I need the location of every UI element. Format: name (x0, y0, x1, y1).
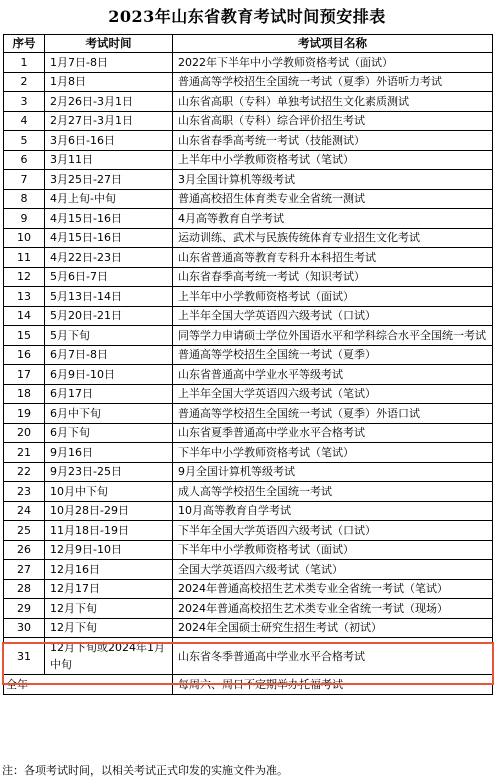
row-no: 2 (4, 72, 45, 92)
row-time: 10月中下旬 (45, 482, 173, 502)
row-time: 12月16日 (45, 560, 173, 580)
row-time: 1月8日 (45, 72, 173, 92)
row-no: 15 (4, 326, 45, 346)
row-name: 10月高等教育自学考试 (173, 501, 493, 521)
row-time: 6月17日 (45, 384, 173, 404)
table-row: 3112月下旬或2024年1月中旬山东省冬季普通高中学业水平合格考试 (4, 638, 493, 675)
row-time: 10月28日-29日 (45, 501, 173, 521)
table-row: 186月17日上半年全国大学英语四六级考试（笔试） (4, 384, 493, 404)
row-name: 上半年全国大学英语四六级考试（口试） (173, 306, 493, 326)
row-no: 22 (4, 462, 45, 482)
row-no: 11 (4, 248, 45, 268)
row-name: 上半年中小学教师资格考试（面试） (173, 287, 493, 307)
row-no: 8 (4, 189, 45, 209)
row-no: 26 (4, 540, 45, 560)
table-row: 94月15日-16日4月高等教育自学考试 (4, 209, 493, 229)
row-time: 9月23日-25日 (45, 462, 173, 482)
row-no: 18 (4, 384, 45, 404)
row-name: 山东省普通高中学业水平等级考试 (173, 365, 493, 385)
table-row: 11月7日-8日2022年下半年中小学教师资格考试（面试） (4, 53, 493, 73)
row-name: 山东省高职（专科）综合评价招生考试 (173, 111, 493, 131)
table-row: 135月13日-14日上半年中小学教师资格考试（面试） (4, 287, 493, 307)
row-time: 9月16日 (45, 443, 173, 463)
header-name: 考试项目名称 (173, 35, 493, 53)
row-no: 19 (4, 404, 45, 424)
row-name: 2022年下半年中小学教师资格考试（面试） (173, 53, 493, 73)
exam-schedule-table: 序号 考试时间 考试项目名称 11月7日-8日2022年下半年中小学教师资格考试… (3, 34, 493, 695)
footer-time: 全年 (4, 675, 173, 695)
header-no: 序号 (4, 35, 45, 53)
row-name: 下半年中小学教师资格考试（笔试） (173, 443, 493, 463)
row-time: 6月中下旬 (45, 404, 173, 424)
row-time: 12月17日 (45, 579, 173, 599)
row-name: 山东省夏季普通高中学业水平合格考试 (173, 423, 493, 443)
row-no: 9 (4, 209, 45, 229)
table-row: 2912月下旬2024年普通高校招生艺术类专业全省统一考试（现场） (4, 599, 493, 619)
table-row: 155月下旬同等学力申请硕士学位外国语水平和学科综合水平全国统一考试 (4, 326, 493, 346)
row-time: 5月下旬 (45, 326, 173, 346)
row-time: 11月18日-19日 (45, 521, 173, 541)
row-time: 3月25日-27日 (45, 170, 173, 190)
row-no: 20 (4, 423, 45, 443)
row-name: 普通高等学校招生全国统一考试（夏季）外语听力考试 (173, 72, 493, 92)
footer-name: 每周六、周日不定期举办托福考试 (173, 675, 493, 695)
table-row: 166月7日-8日普通高等学校招生全国统一考试（夏季） (4, 345, 493, 365)
row-time: 12月下旬 (45, 599, 173, 619)
row-no: 7 (4, 170, 45, 190)
row-name: 普通高等学校招生全国统一考试（夏季）外语口试 (173, 404, 493, 424)
row-no: 30 (4, 618, 45, 638)
row-no: 25 (4, 521, 45, 541)
row-name: 山东省春季高考统一考试（技能测试） (173, 131, 493, 151)
row-no: 27 (4, 560, 45, 580)
row-time: 12月下旬或2024年1月中旬 (45, 638, 173, 675)
row-time: 5月20日-21日 (45, 306, 173, 326)
row-name: 2024年普通高校招生艺术类专业全省统一考试（笔试） (173, 579, 493, 599)
row-name: 下半年全国大学英语四六级考试（口试） (173, 521, 493, 541)
row-time: 6月7日-8日 (45, 345, 173, 365)
row-name: 运动训练、武术与民族传统体育专业招生文化考试 (173, 228, 493, 248)
table-row: 2612月9日-10日下半年中小学教师资格考试（面试） (4, 540, 493, 560)
table-row: 73月25日-27日3月全国计算机等级考试 (4, 170, 493, 190)
table-row: 145月20日-21日上半年全国大学英语四六级考试（口试） (4, 306, 493, 326)
table-row: 104月15日-16日运动训练、武术与民族传统体育专业招生文化考试 (4, 228, 493, 248)
row-name: 3月全国计算机等级考试 (173, 170, 493, 190)
row-time: 2月26日-3月1日 (45, 92, 173, 112)
table-footer-row: 全年每周六、周日不定期举办托福考试 (4, 675, 493, 695)
row-time: 5月6日-7日 (45, 267, 173, 287)
table-row: 84月上旬-中旬普通高校招生体育类专业全省统一测试 (4, 189, 493, 209)
table-row: 63月11日上半年中小学教师资格考试（笔试） (4, 150, 493, 170)
table-row: 42月27日-3月1日山东省高职（专科）综合评价招生考试 (4, 111, 493, 131)
table-row: 53月6日-16日山东省春季高考统一考试（技能测试） (4, 131, 493, 151)
page-title: 2023年山东省教育考试时间预安排表 (0, 4, 494, 27)
row-name: 4月高等教育自学考试 (173, 209, 493, 229)
row-time: 4月15日-16日 (45, 209, 173, 229)
row-time: 12月下旬 (45, 618, 173, 638)
table-row: 2310月中下旬成人高等学校招生全国统一考试 (4, 482, 493, 502)
row-no: 29 (4, 599, 45, 619)
row-time: 4月15日-16日 (45, 228, 173, 248)
footnote: 注：各项考试时间，以相关考试正式印发的实施文件为准。 (2, 762, 288, 778)
table-row: 32月26日-3月1日山东省高职（专科）单独考试招生文化素质测试 (4, 92, 493, 112)
row-no: 16 (4, 345, 45, 365)
table-row: 176月9日-10日山东省普通高中学业水平等级考试 (4, 365, 493, 385)
row-time: 3月11日 (45, 150, 173, 170)
table-row: 21月8日普通高等学校招生全国统一考试（夏季）外语听力考试 (4, 72, 493, 92)
row-no: 31 (4, 638, 45, 675)
row-time: 6月9日-10日 (45, 365, 173, 385)
table-row: 125月6日-7日山东省春季高考统一考试（知识考试） (4, 267, 493, 287)
row-name: 山东省春季高考统一考试（知识考试） (173, 267, 493, 287)
table-row: 3012月下旬2024年全国硕士研究生招生考试（初试） (4, 618, 493, 638)
row-no: 17 (4, 365, 45, 385)
row-name: 山东省高职（专科）单独考试招生文化素质测试 (173, 92, 493, 112)
table-header-row: 序号 考试时间 考试项目名称 (4, 35, 493, 53)
row-name: 普通高校招生体育类专业全省统一测试 (173, 189, 493, 209)
table-row: 206月下旬山东省夏季普通高中学业水平合格考试 (4, 423, 493, 443)
row-time: 1月7日-8日 (45, 53, 173, 73)
row-name: 上半年全国大学英语四六级考试（笔试） (173, 384, 493, 404)
row-no: 24 (4, 501, 45, 521)
row-name: 全国大学英语四六级考试（笔试） (173, 560, 493, 580)
row-name: 下半年中小学教师资格考试（面试） (173, 540, 493, 560)
row-name: 普通高等学校招生全国统一考试（夏季） (173, 345, 493, 365)
header-time: 考试时间 (45, 35, 173, 53)
table-row: 196月中下旬普通高等学校招生全国统一考试（夏季）外语口试 (4, 404, 493, 424)
row-no: 5 (4, 131, 45, 151)
table-row: 229月23日-25日9月全国计算机等级考试 (4, 462, 493, 482)
row-time: 4月上旬-中旬 (45, 189, 173, 209)
row-no: 13 (4, 287, 45, 307)
row-time: 2月27日-3月1日 (45, 111, 173, 131)
row-no: 1 (4, 53, 45, 73)
row-no: 28 (4, 579, 45, 599)
row-no: 23 (4, 482, 45, 502)
row-time: 5月13日-14日 (45, 287, 173, 307)
row-no: 3 (4, 92, 45, 112)
table-row: 2511月18日-19日下半年全国大学英语四六级考试（口试） (4, 521, 493, 541)
row-no: 21 (4, 443, 45, 463)
row-no: 4 (4, 111, 45, 131)
table-row: 219月16日下半年中小学教师资格考试（笔试） (4, 443, 493, 463)
table-row: 2812月17日2024年普通高校招生艺术类专业全省统一考试（笔试） (4, 579, 493, 599)
row-name: 2024年普通高校招生艺术类专业全省统一考试（现场） (173, 599, 493, 619)
row-time: 6月下旬 (45, 423, 173, 443)
row-name: 山东省普通高等教育专科升本科招生考试 (173, 248, 493, 268)
row-no: 6 (4, 150, 45, 170)
row-time: 12月9日-10日 (45, 540, 173, 560)
row-name: 山东省冬季普通高中学业水平合格考试 (173, 638, 493, 675)
row-name: 2024年全国硕士研究生招生考试（初试） (173, 618, 493, 638)
row-name: 同等学力申请硕士学位外国语水平和学科综合水平全国统一考试 (173, 326, 493, 346)
row-name: 成人高等学校招生全国统一考试 (173, 482, 493, 502)
row-no: 14 (4, 306, 45, 326)
row-name: 9月全国计算机等级考试 (173, 462, 493, 482)
row-no: 10 (4, 228, 45, 248)
row-time: 4月22日-23日 (45, 248, 173, 268)
row-no: 12 (4, 267, 45, 287)
table-row: 2410月28日-29日10月高等教育自学考试 (4, 501, 493, 521)
row-name: 上半年中小学教师资格考试（笔试） (173, 150, 493, 170)
table-row: 2712月16日全国大学英语四六级考试（笔试） (4, 560, 493, 580)
table-row: 114月22日-23日山东省普通高等教育专科升本科招生考试 (4, 248, 493, 268)
row-time: 3月6日-16日 (45, 131, 173, 151)
